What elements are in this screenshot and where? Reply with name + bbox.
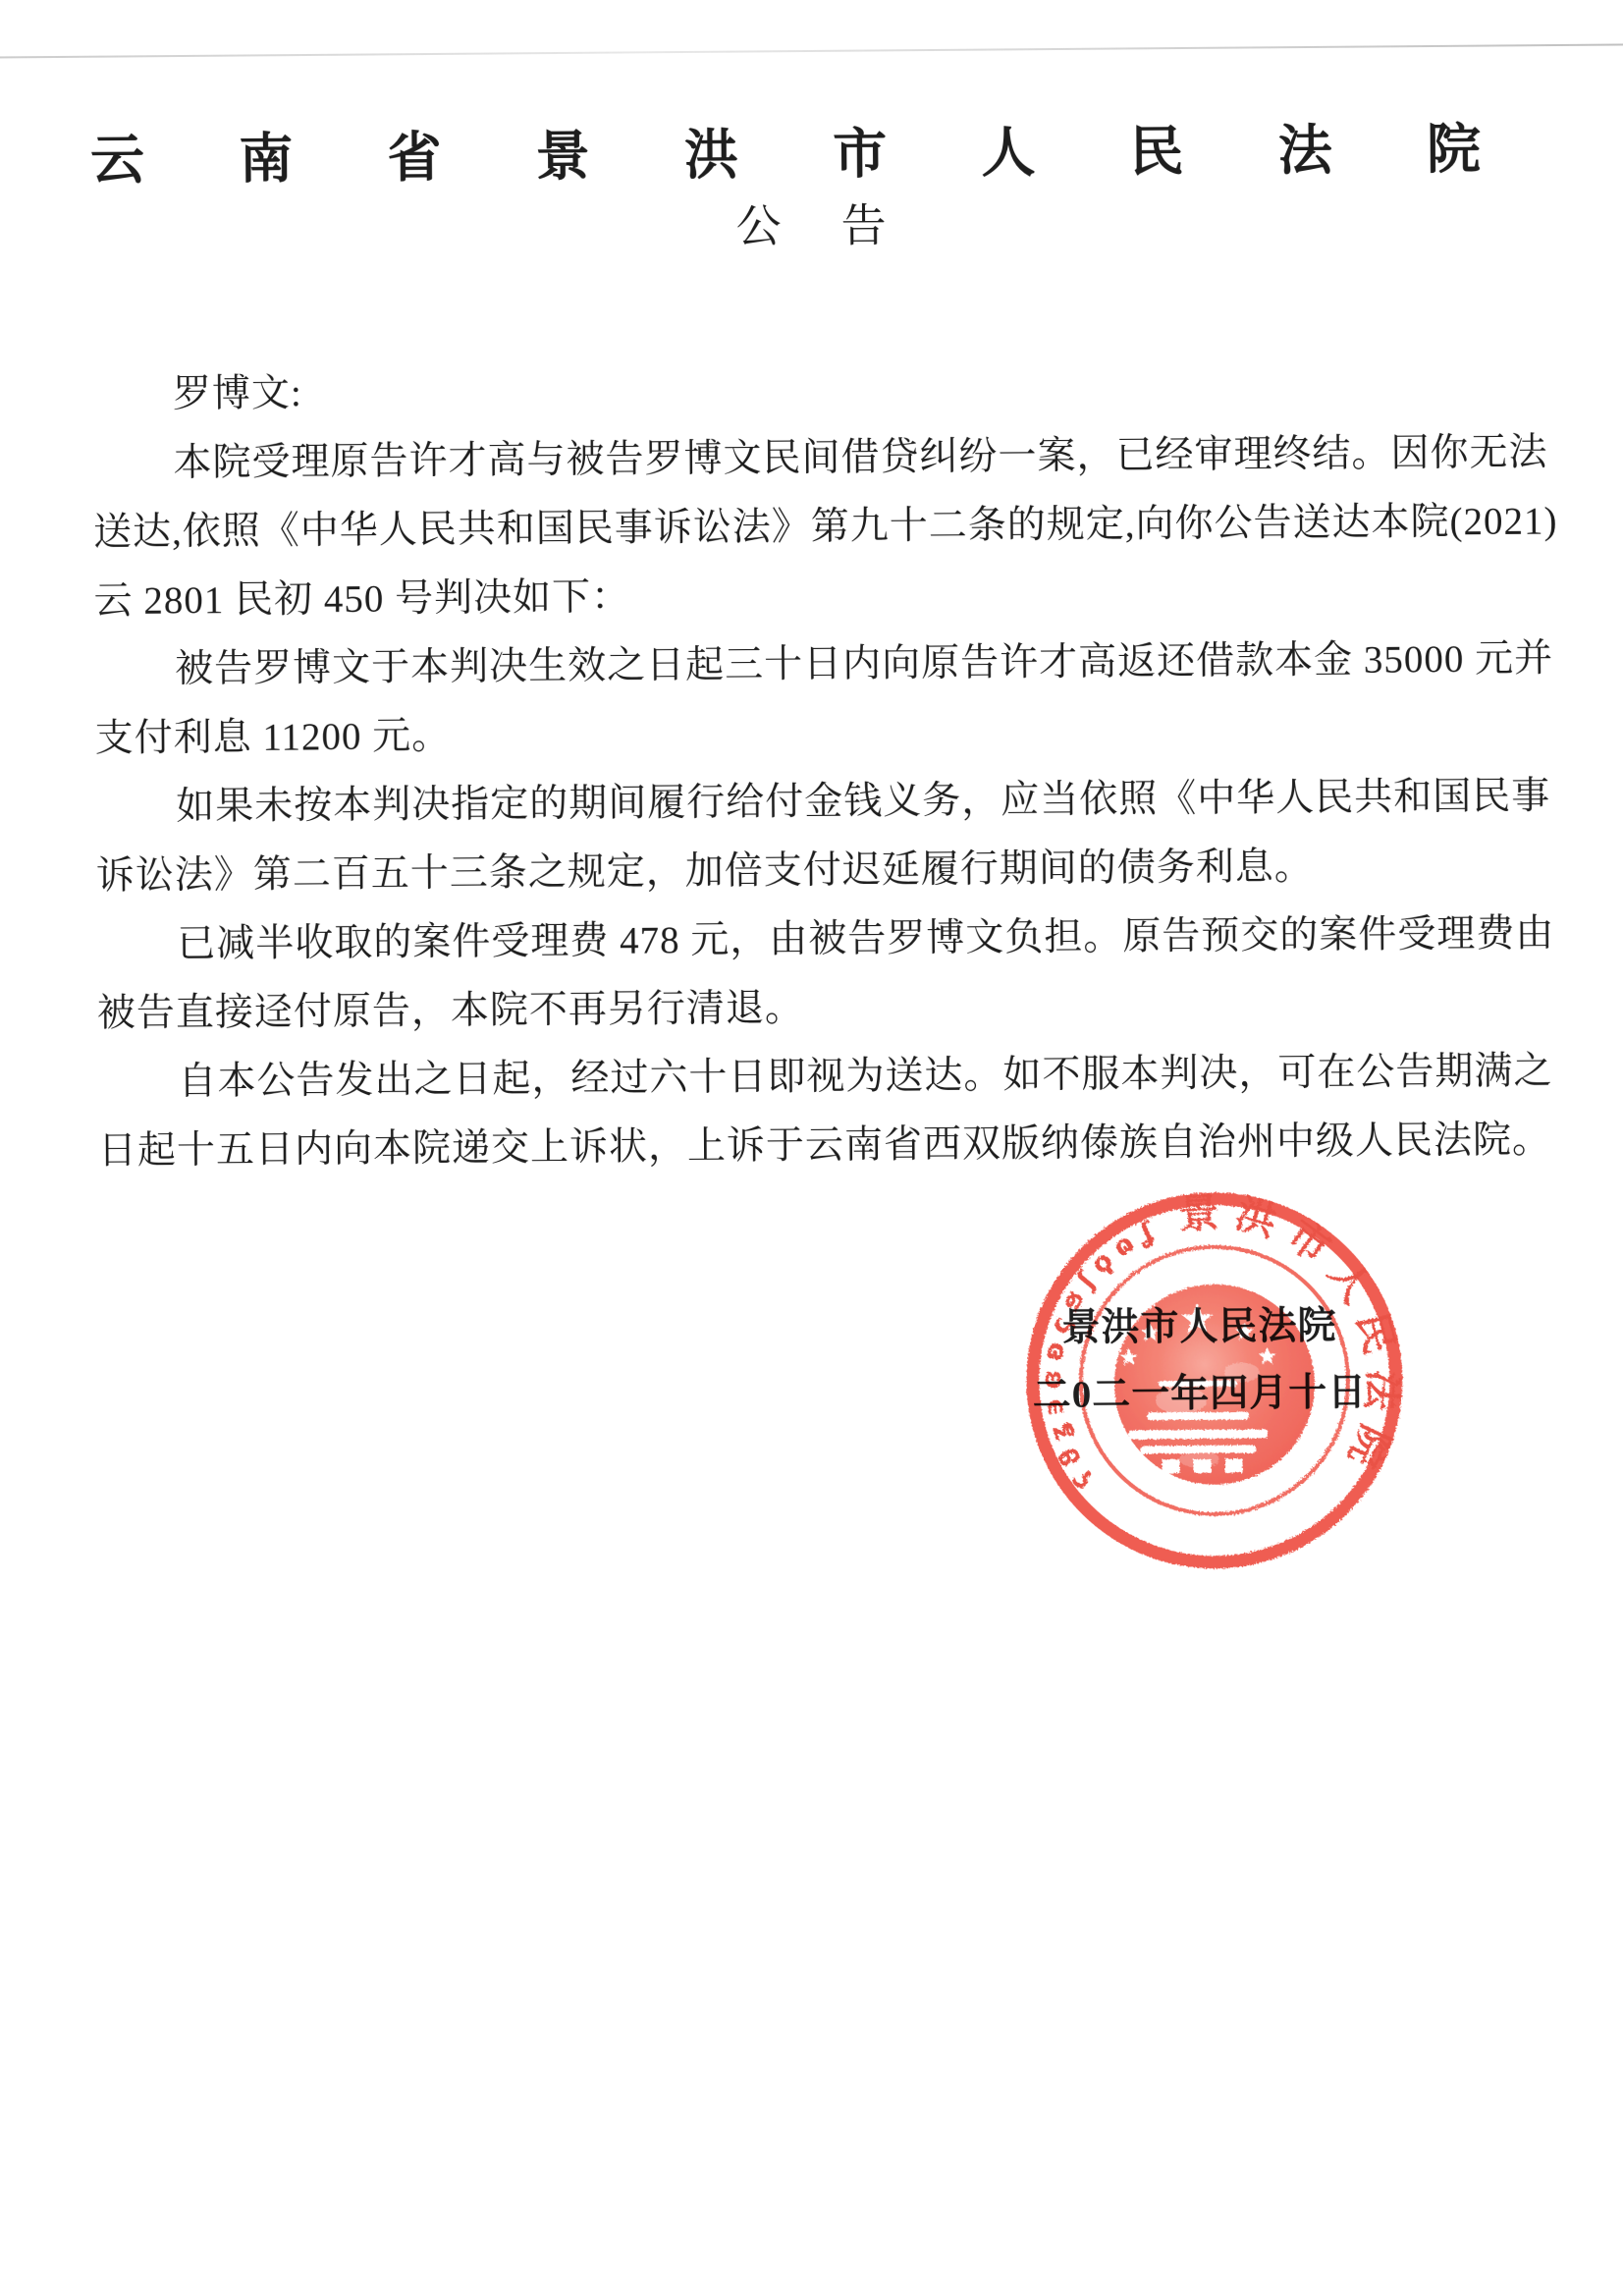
addressee-line: 罗博文:	[92, 350, 1546, 430]
title-char: 省	[387, 129, 441, 188]
court-title: 云南省景洪市人民法院	[90, 121, 1481, 191]
doc-type-heading: 公告	[735, 200, 886, 252]
body-line: 送达,依照《中华人民共和国民事诉讼法》第九十二条的规定,向你公告送达本院(202…	[93, 487, 1547, 568]
title-char: 云	[90, 131, 144, 190]
title-char: 民	[1129, 123, 1183, 182]
title-char: 公	[735, 201, 781, 252]
scan-artifact-line	[0, 43, 1623, 58]
body-line: 如果未按本判决指定的期间履行给付金钱义务，应当依照《中华人民共和国民事	[95, 762, 1549, 843]
national-emblem	[1113, 1284, 1316, 1486]
body-line: 被告直接迳付原告，本院不再另行清退。	[97, 968, 1551, 1049]
body-line: 已减半收取的案件受理费 478 元，由被告罗博文负担。原告预交的案件受理费由	[96, 900, 1550, 980]
scan-skew-wrapper: 云南省景洪市人民法院 公告 罗博文: 本院受理原告许才高与被告罗博文民间借贷纠纷…	[0, 0, 1623, 2296]
body-line: 云 2801 民初 450 号判决如下：	[93, 556, 1547, 636]
body-line: 自本公告发出之日起，经过六十日即视为送达。如不服本判决，可在公告期满之	[97, 1037, 1551, 1118]
body-line: 诉讼法》第二百五十三条之规定，加倍支付迟延履行期间的债务利息。	[96, 831, 1550, 911]
official-seal-stamp: ʕϑʓ϶ɞʚςϧʃϙɷʆ 景洪市人民法院	[987, 1153, 1442, 1609]
title-char: 人	[981, 124, 1035, 183]
document-page: 云南省景洪市人民法院 公告 罗博文: 本院受理原告许才高与被告罗博文民间借贷纠纷…	[0, 0, 1623, 2296]
seal-graphic: ʕϑʓ϶ɞʚςϧʃϙɷʆ 景洪市人民法院	[1031, 1187, 1408, 1563]
title-char: 法	[1278, 122, 1332, 181]
body-text: 罗博文: 本院受理原告许才高与被告罗博文民间借贷纠纷一案，已经审理终结。因你无法…	[92, 350, 1552, 1186]
body-line: 支付利息 11200 元。	[94, 693, 1548, 774]
body-line: 被告罗博文于本判决生效之日起三十日内向原告许才高返还借款本金 35000 元并	[94, 625, 1548, 705]
title-char: 院	[1427, 121, 1481, 180]
title-char: 洪	[684, 127, 738, 186]
title-char: 景	[535, 128, 589, 187]
title-char: 告	[840, 200, 886, 251]
body-line: 本院受理原告许才高与被告罗博文民间借贷纠纷一案，已经审理终结。因你无法	[92, 418, 1546, 499]
title-char: 市	[833, 125, 887, 184]
title-char: 南	[239, 130, 293, 189]
